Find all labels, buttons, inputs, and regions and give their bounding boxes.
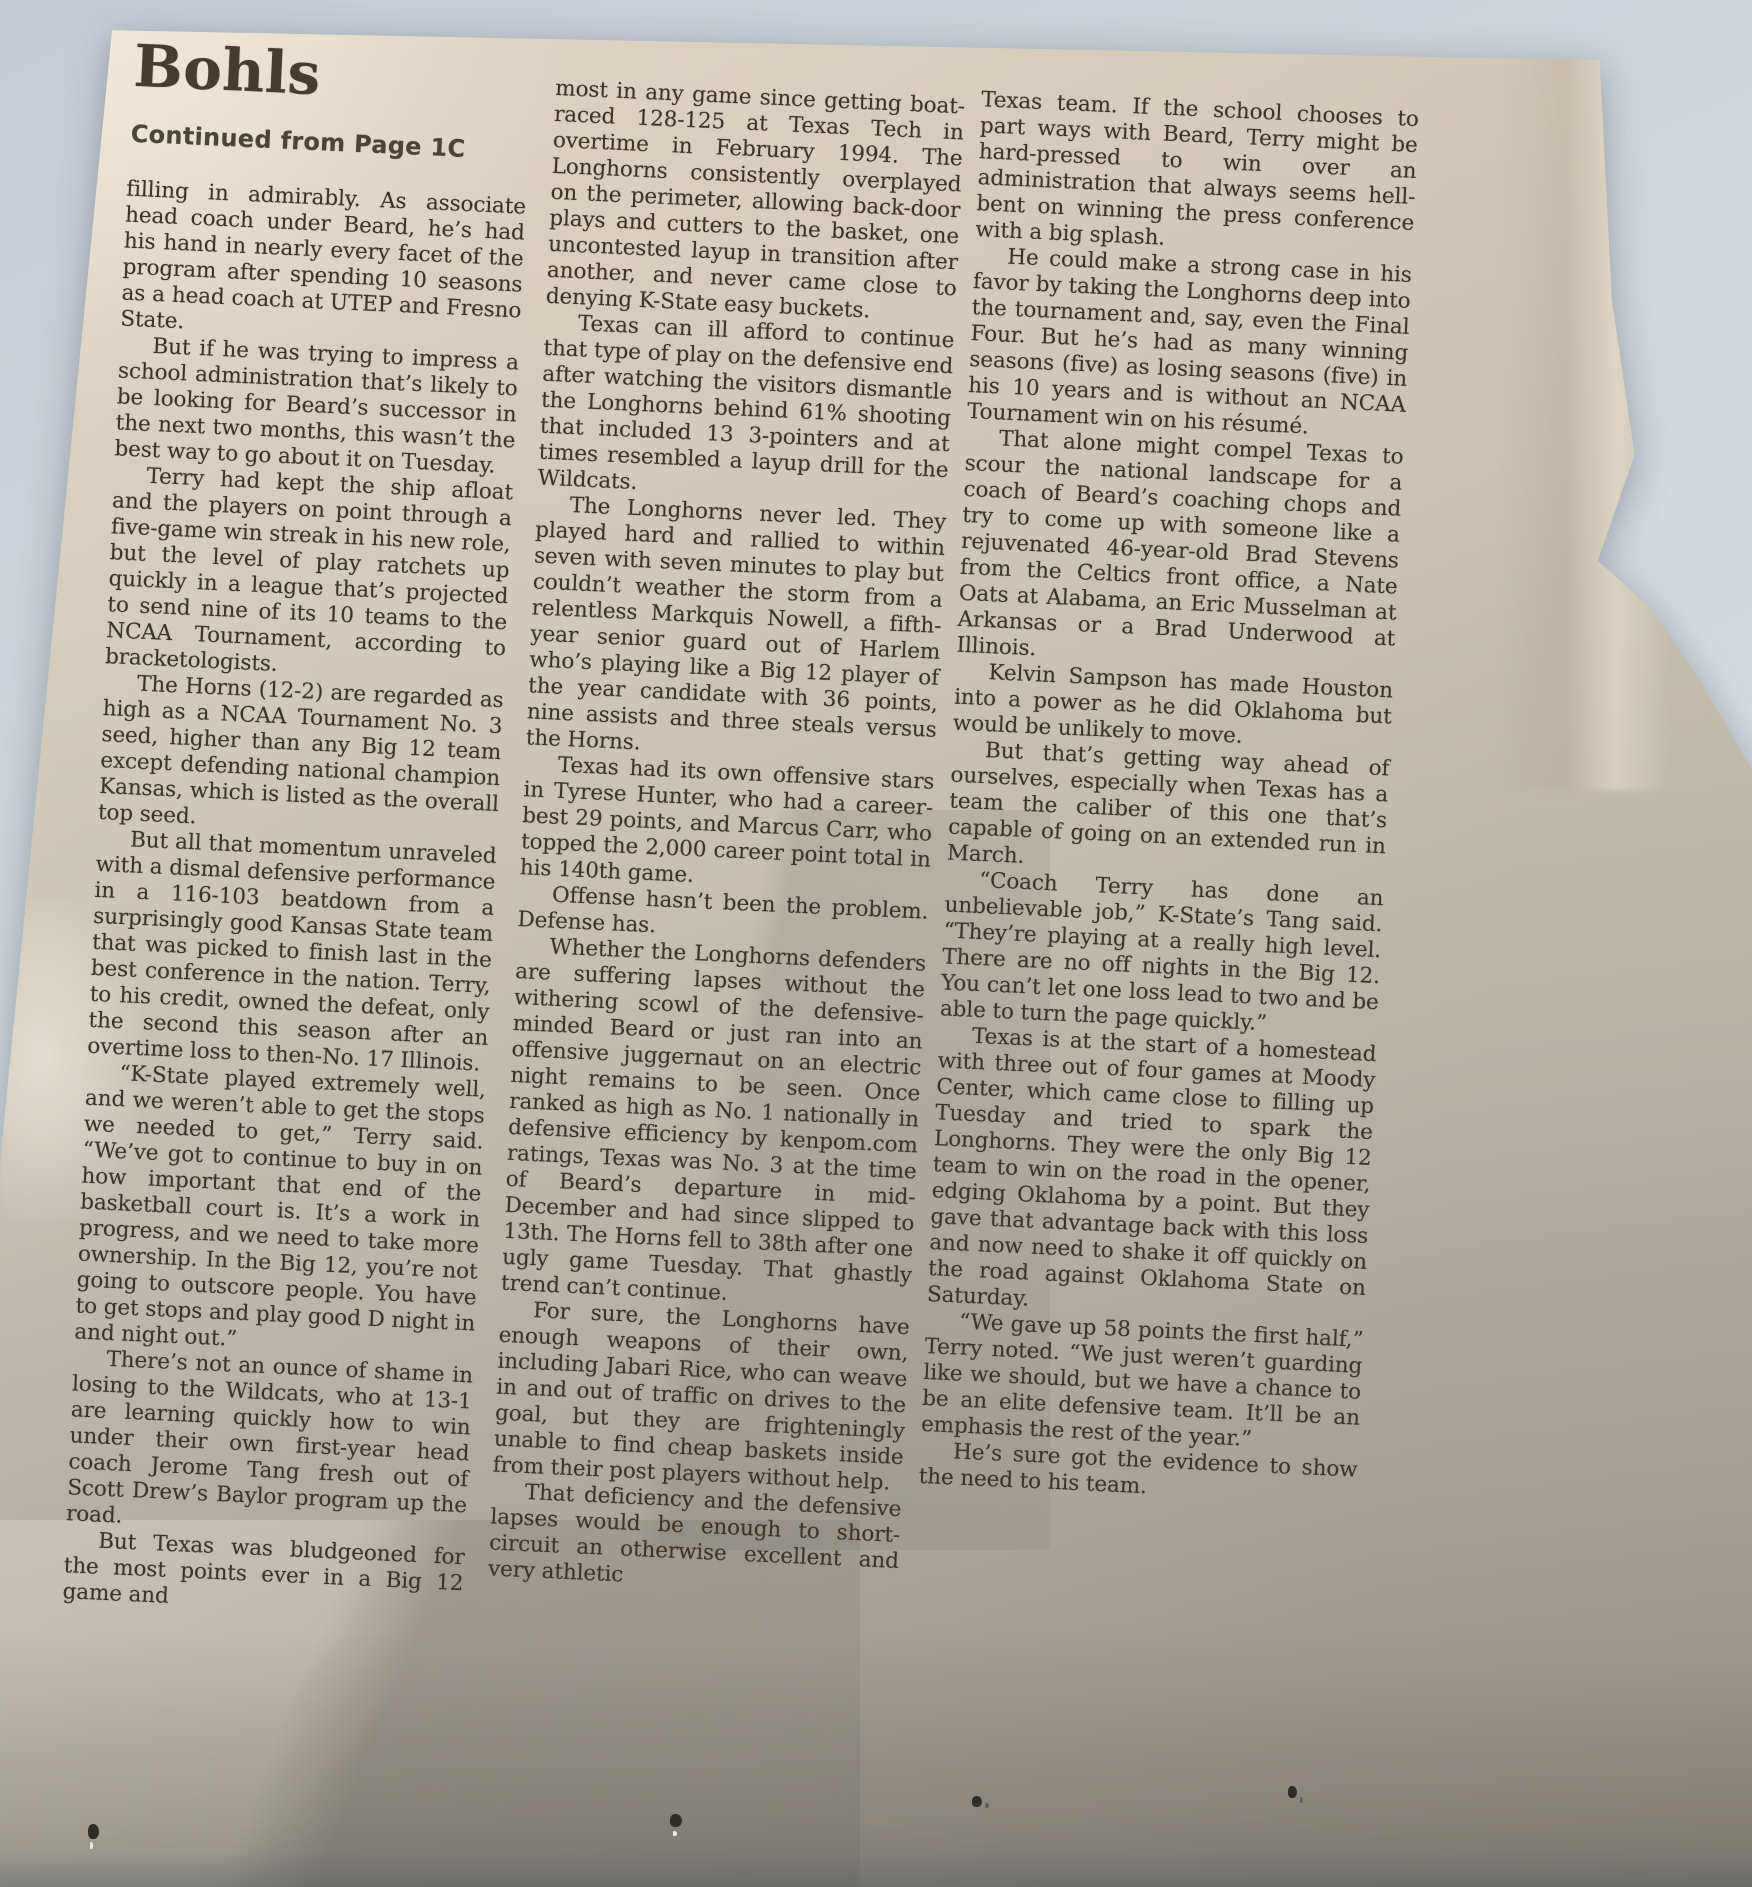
paragraph: Texas team. If the school chooses to par… <box>975 87 1420 263</box>
paragraph: That deficiency and the defensive lapses… <box>488 1478 902 1600</box>
article-headline: Bohls <box>133 37 533 113</box>
paragraph: He could make a strong case in his favor… <box>967 243 1413 445</box>
paragraph: filling in admirably. As associate head … <box>120 177 527 351</box>
paper-speck <box>1288 1786 1297 1798</box>
newspaper-clipping-photo: Bohls Continued from Page 1C filling in … <box>0 0 1752 1887</box>
paragraph: “K-State played extremely well, and we w… <box>74 1060 487 1364</box>
article-column-3: Texas team. If the school chooses to par… <box>918 87 1419 1509</box>
paragraph: “We gave up 58 points the first half,” T… <box>921 1308 1364 1458</box>
paragraph: But all that momentum unraveled with a d… <box>87 826 497 1078</box>
paper-speck <box>670 1814 682 1827</box>
article: Bohls Continued from Page 1C filling in … <box>37 20 1476 1860</box>
paragraph: most in any game since getting boat-race… <box>545 76 965 328</box>
paragraph: That alone might compel Texas to scour t… <box>956 425 1404 679</box>
paper-bottom-edge-shadow <box>0 1852 1752 1887</box>
newspaper-clipping: Bohls Continued from Page 1C filling in … <box>0 0 1752 1887</box>
paragraph: But Texas was bludgeoned for the most po… <box>62 1527 465 1623</box>
paragraph: “Coach Terry has done an unbelievable jo… <box>939 866 1384 1042</box>
article-column-2: most in any game since getting boat-race… <box>488 76 966 1601</box>
paper-speck <box>972 1796 982 1807</box>
continuation-note: Continued from Page 1C <box>130 121 529 165</box>
paper-speck <box>740 12 745 21</box>
paragraph: But if he was trying to impress a school… <box>114 332 519 480</box>
paragraph: Texas can ill afford to continue that ty… <box>537 310 955 510</box>
paragraph: Texas is at the start of a homestead wit… <box>926 1022 1377 1328</box>
paragraph: The Longhorns never led. They played har… <box>525 491 946 769</box>
paragraph: There’s not an ounce of shame in losing … <box>66 1345 474 1545</box>
paragraph: For sure, the Longhorns have enough weap… <box>492 1297 910 1497</box>
paper-speck <box>88 1824 99 1839</box>
article-column-1: Bohls Continued from Page 1C filling in … <box>62 37 533 1624</box>
paragraph: The Horns (12-2) are regarded as high as… <box>97 670 504 844</box>
paper-right-edge-stain <box>1500 30 1670 790</box>
column-1-body: filling in admirably. As associate head … <box>62 177 526 1624</box>
paragraph: Whether the Longhorns defenders are suff… <box>500 933 926 1315</box>
paragraph: Texas had its own offensive stars in Tyr… <box>519 751 934 899</box>
paragraph: But that’s getting way ahead of ourselve… <box>946 737 1389 887</box>
paragraph: Terry had kept the ship afloat and the p… <box>104 462 513 688</box>
